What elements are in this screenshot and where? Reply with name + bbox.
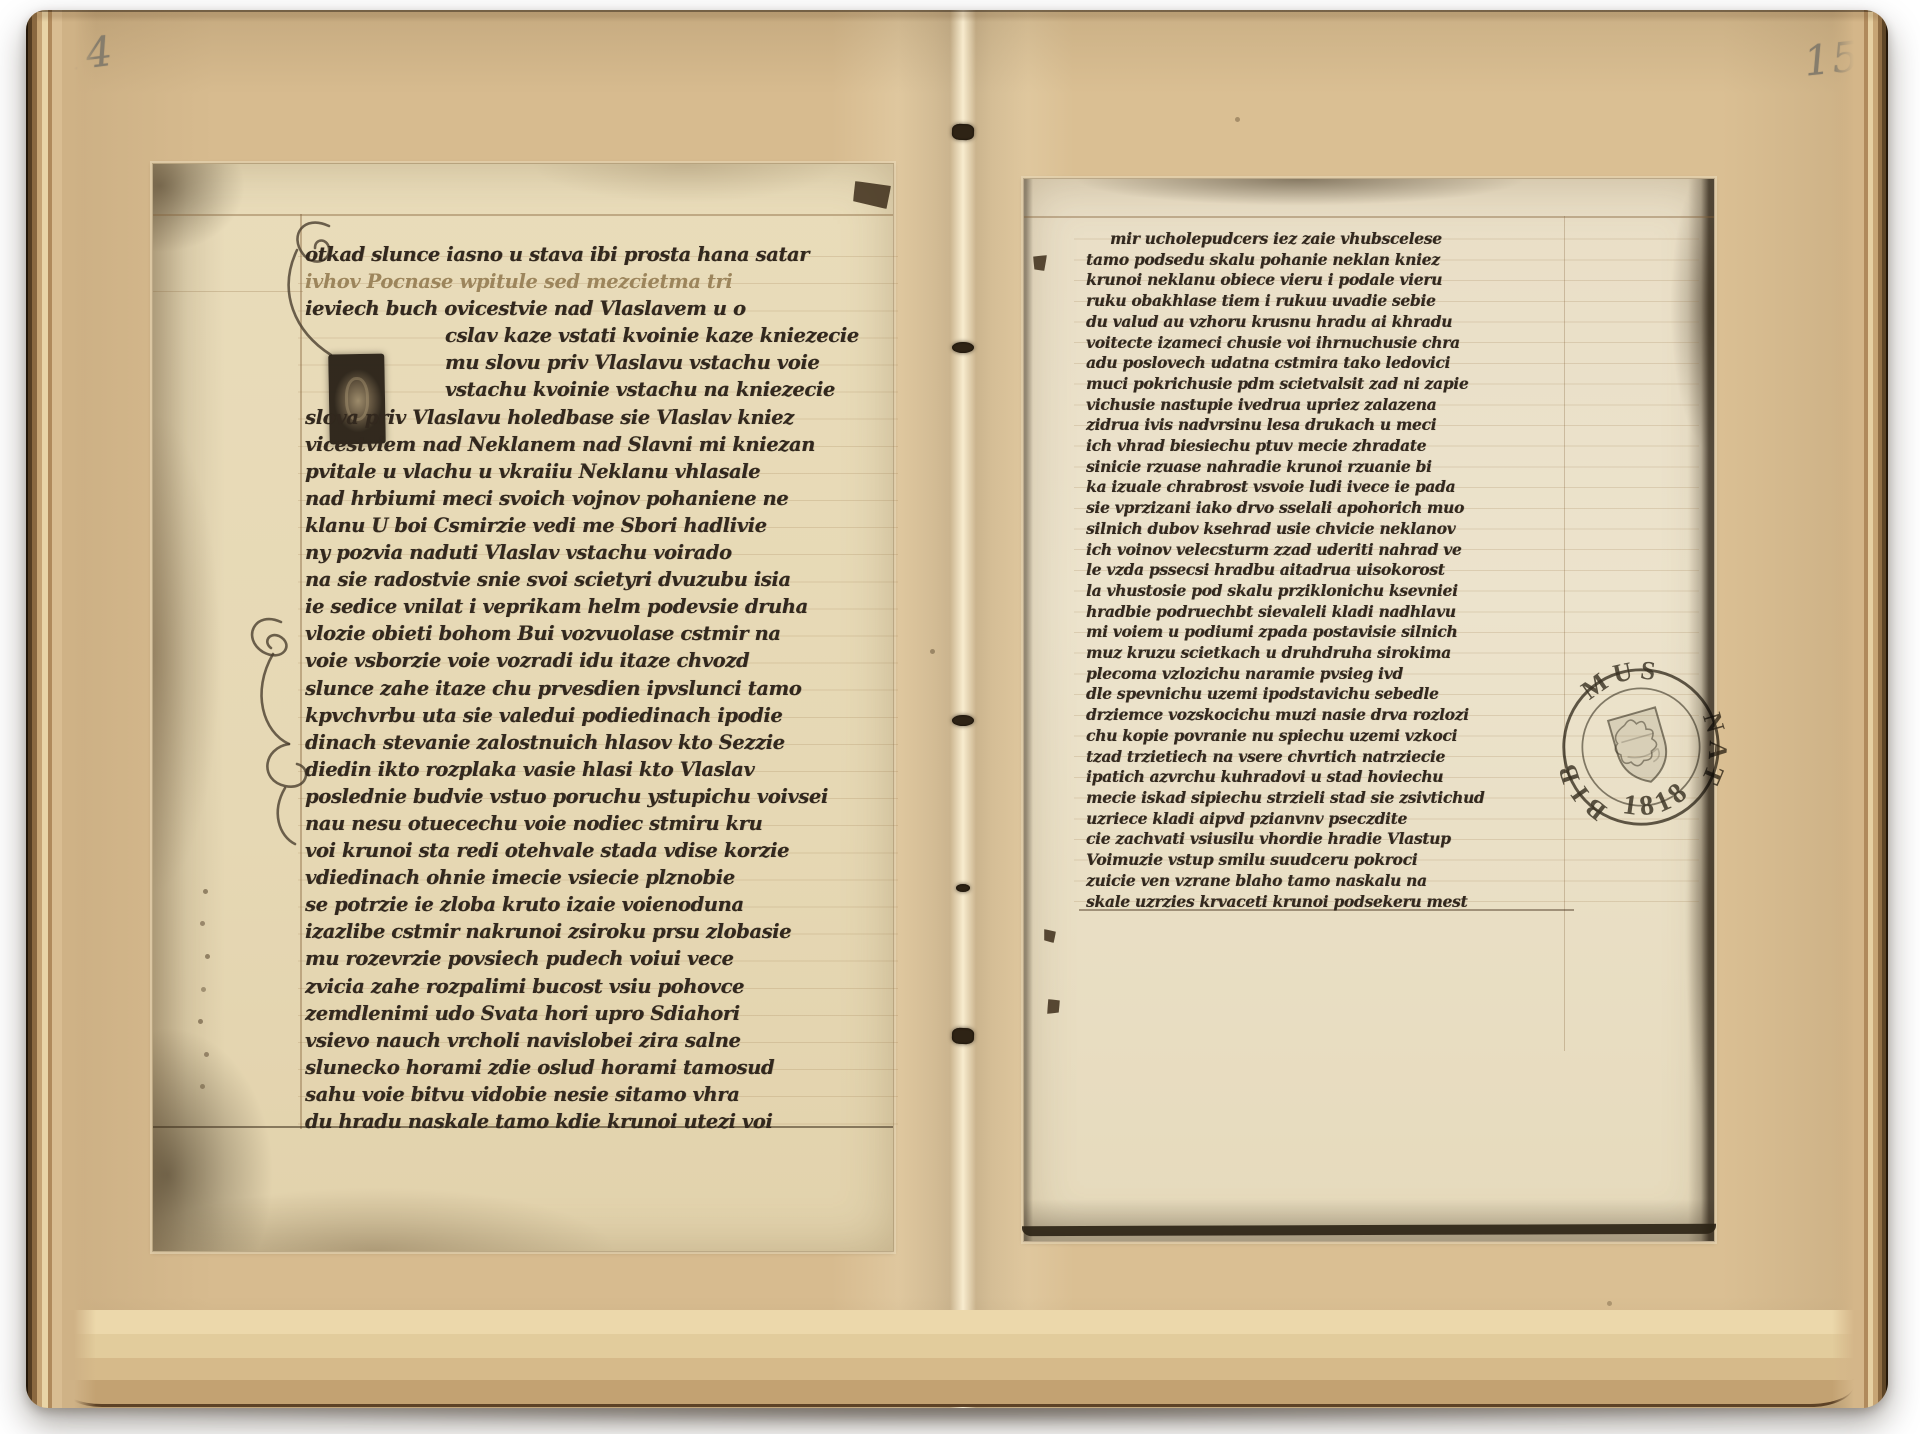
manuscript-text-line: vlozie obieti bohom Bui vozvuolase cstmi… — [305, 620, 897, 647]
binding-gutter — [898, 10, 1028, 1408]
manuscript-text-line: ie sedice vnilat i veprikam helm podevsi… — [305, 593, 897, 620]
manuscript-text-line: voie vsborzie voie vozradi idu itaze chv… — [305, 647, 897, 674]
stitch-hole — [952, 715, 974, 726]
manuscript-text-line: chu kopie povranie nu spiechu uzemi vzko… — [1086, 726, 1588, 747]
manuscript-text-line: muz kruzu scietkach u druhdruha sirokima — [1086, 643, 1588, 664]
manuscript-text-line: slunecko horami zdie oslud horami tamosu… — [305, 1054, 897, 1081]
manuscript-text-line: nad hrbiumi meci svoich vojnov pohaniene… — [305, 485, 897, 512]
manuscript-text-line: sinicie rzuase nahradie krunoi rzuanie b… — [1086, 457, 1588, 478]
photo-corner-chip — [853, 181, 891, 209]
manuscript-text-line: dinach stevanie zalostnuich hlasov kto S… — [305, 729, 897, 756]
manuscript-text-line: ka izuale chrabrost vsvoie ludi ivece ie… — [1086, 477, 1588, 498]
manuscript-text-line: diedin ikto rozplaka vasie hlasi kto Vla… — [305, 756, 897, 783]
manuscript-text-line: se potrzie ie zloba kruto izaie voienodu… — [305, 891, 897, 918]
photo-edge-chip — [1033, 255, 1047, 271]
manuscript-text-line: ieviech buch ovicestvie nad Vlaslavem u … — [305, 295, 897, 322]
photo-edge-chip — [1047, 999, 1060, 1014]
manuscript-text-line: du valud au vzhoru krusnu hradu ai khrad… — [1086, 312, 1588, 333]
manuscript-text-line: poslednie budvie vstuo poruchu ystupichu… — [305, 783, 897, 810]
manuscript-text-line: zemdlenimi udo Svata hori upro Sdiahori — [305, 1000, 897, 1027]
photo-open-manuscript-book: otkad slunce iasno u stava ibi prosta ha… — [0, 0, 1920, 1434]
manuscript-text-line: pvitale u vlachu u vkraiiu Neklanu vhlas… — [305, 458, 897, 485]
manuscript-photo-right: mir ucholepudcers iez zaie vhubsceleseta… — [1023, 178, 1715, 1242]
book: otkad slunce iasno u stava ibi prosta ha… — [26, 10, 1888, 1408]
stitch-hole — [952, 342, 974, 353]
stitch-hole — [952, 1028, 975, 1045]
manuscript-text-line: zuicie ven vzrane blaho tamo naskalu na — [1086, 871, 1588, 892]
manuscript-text-line: tzad trzietiech na vsere chvrtich natrzi… — [1086, 747, 1588, 768]
manuscript-text-line: nau nesu otuecechu voie nodiec stmiru kr… — [305, 810, 897, 837]
photo-edge-chip — [1044, 929, 1056, 943]
manuscript-text-left: otkad slunce iasno u stava ibi prosta ha… — [305, 241, 897, 1135]
manuscript-text-line: sie vprzizani iako drvo sselali apohoric… — [1086, 498, 1588, 519]
manuscript-text-line: na sie radostvie snie svoi scietyri dvuz… — [305, 566, 897, 593]
manuscript-text-line: mu rozevrzie povsiech pudech voiui vece — [305, 945, 897, 972]
frame-rule-top — [1024, 216, 1714, 218]
manuscript-text-line: ich vhrad biesiechu ptuv mecie zhradate — [1086, 436, 1588, 457]
manuscript-text-line: vicestviem nad Neklanem nad Slavni mi kn… — [305, 431, 897, 458]
manuscript-text-line: cslav kaze vstati kvoinie kaze kniezecie — [305, 322, 897, 349]
stamp-shield — [1608, 707, 1674, 788]
manuscript-text-line: mecie iskad sipiechu strzieli stad sie z… — [1086, 788, 1588, 809]
album-page-left: otkad slunce iasno u stava ibi prosta ha… — [26, 10, 963, 1408]
photo-bottom-edge — [1022, 1224, 1716, 1236]
manuscript-text-line: ruku obakhlase tiem i rukuu uvadie sebie — [1086, 291, 1588, 312]
manuscript-text-line: la vhustosie pod skalu prziklonichu ksev… — [1086, 581, 1588, 602]
manuscript-text-line: cie zachvati vsiusilu vhordie hradie Vla… — [1086, 829, 1588, 850]
manuscript-text-line: dle spevnichu uzemi ipodstavichu sebedle — [1086, 684, 1588, 705]
manuscript-photo-left: otkad slunce iasno u stava ibi prosta ha… — [152, 163, 894, 1252]
manuscript-text-line: slova priv Vlaslavu holedbase sie Vlasla… — [305, 404, 897, 431]
manuscript-text-line: voitecte izameci chusie voi ihrnuchusie … — [1086, 333, 1588, 354]
manuscript-text-line: izazlibe cstmir nakrunoi zsiroku prsu zl… — [305, 918, 897, 945]
manuscript-text-line: mu slovu priv Vlaslavu vstachu voie — [305, 349, 897, 376]
manuscript-text-line: sahu voie bitvu vidobie nesie sitamo vhr… — [305, 1081, 897, 1108]
dust-specks — [26, 10, 29, 13]
manuscript-text-line: Voimuzie vstup smilu suudceru pokroci — [1086, 850, 1588, 871]
manuscript-text-line: zidrua ivis nadvrsinu lesa drukach u mec… — [1086, 415, 1588, 436]
manuscript-text-line: hradbie podruechbt sievaleli kladi nadhl… — [1086, 602, 1588, 623]
page-number-left: 14 — [55, 27, 117, 81]
page-number-right: 15. — [1802, 30, 1878, 85]
manuscript-text-line: ny pozvia naduti Vlaslav vstachu voirado — [305, 539, 897, 566]
manuscript-text-line: tamo podsedu skalu pohanie neklan kniez — [1086, 250, 1588, 271]
manuscript-text-line: drziemce vozskocichu muzi nasie drva roz… — [1086, 705, 1588, 726]
manuscript-text-line: silnich dubov ksehrad usie chvicie nekla… — [1086, 519, 1588, 540]
manuscript-text-line: vichusie nastupie ivedrua upriez zalazen… — [1086, 395, 1588, 416]
manuscript-text-line: voi krunoi sta redi otehvale stada vdise… — [305, 837, 897, 864]
manuscript-text-line: klanu U boi Csmirzie vedi me Sbori hadli… — [305, 512, 897, 539]
manuscript-text-line: uzriece kladi aipvd pzianvnv pseczdite — [1086, 809, 1588, 830]
manuscript-text-line: ich voinov velecsturm zzad uderiti nahra… — [1086, 540, 1588, 561]
manuscript-text-line: vsievo nauch vrcholi navislobei zira sal… — [305, 1027, 897, 1054]
manuscript-text-line: skale uzrzies krvaceti krunoi podsekeru … — [1086, 892, 1588, 913]
manuscript-text-right: mir ucholepudcers iez zaie vhubsceleseta… — [1086, 229, 1588, 912]
manuscript-text-line: muci pokrichusie pdm scietvalsit zad ni … — [1086, 374, 1588, 395]
manuscript-text-line: kpvchvrbu uta sie valedui podiedinach ip… — [305, 702, 897, 729]
manuscript-text-line: mi voiem u podiumi zpada postavisie siln… — [1086, 622, 1588, 643]
manuscript-text-line: zvicia zahe rozpalimi bucost vsiu pohovc… — [305, 973, 897, 1000]
manuscript-text-line: krunoi neklanu obiece vieru i podale vie… — [1086, 270, 1588, 291]
manuscript-text-line: plecoma vzlozichu naramie pvsieg ivd — [1086, 664, 1588, 685]
manuscript-text-line: adu poslovech udatna cstmira tako ledovi… — [1086, 353, 1588, 374]
stitch-hole — [952, 124, 975, 141]
stitch-hole — [956, 884, 970, 892]
manuscript-text-line: otkad slunce iasno u stava ibi prosta ha… — [305, 241, 897, 268]
manuscript-text-line: vstachu kvoinie vstachu na kniezecie — [305, 376, 897, 403]
manuscript-text-line: le vzda pssecsi hradbu aitadrua uisokoro… — [1086, 560, 1588, 581]
manuscript-text-line: slunce zahe itaze chu prvesdien ipvslunc… — [305, 675, 897, 702]
manuscript-text-line: du hradu naskale tamo kdie krunoi utezi … — [305, 1108, 897, 1135]
manuscript-text-line: ipatich azvrchu kuhradovi u stad hoviech… — [1086, 767, 1588, 788]
manuscript-text-line: ivhov Pocnase wpitule sed mezcietma tri — [305, 268, 897, 295]
manuscript-text-line: mir ucholepudcers iez zaie vhubscelese — [1086, 229, 1588, 250]
manuscript-text-line: vdiedinach ohnie imecie vsiecie plznobie — [305, 864, 897, 891]
